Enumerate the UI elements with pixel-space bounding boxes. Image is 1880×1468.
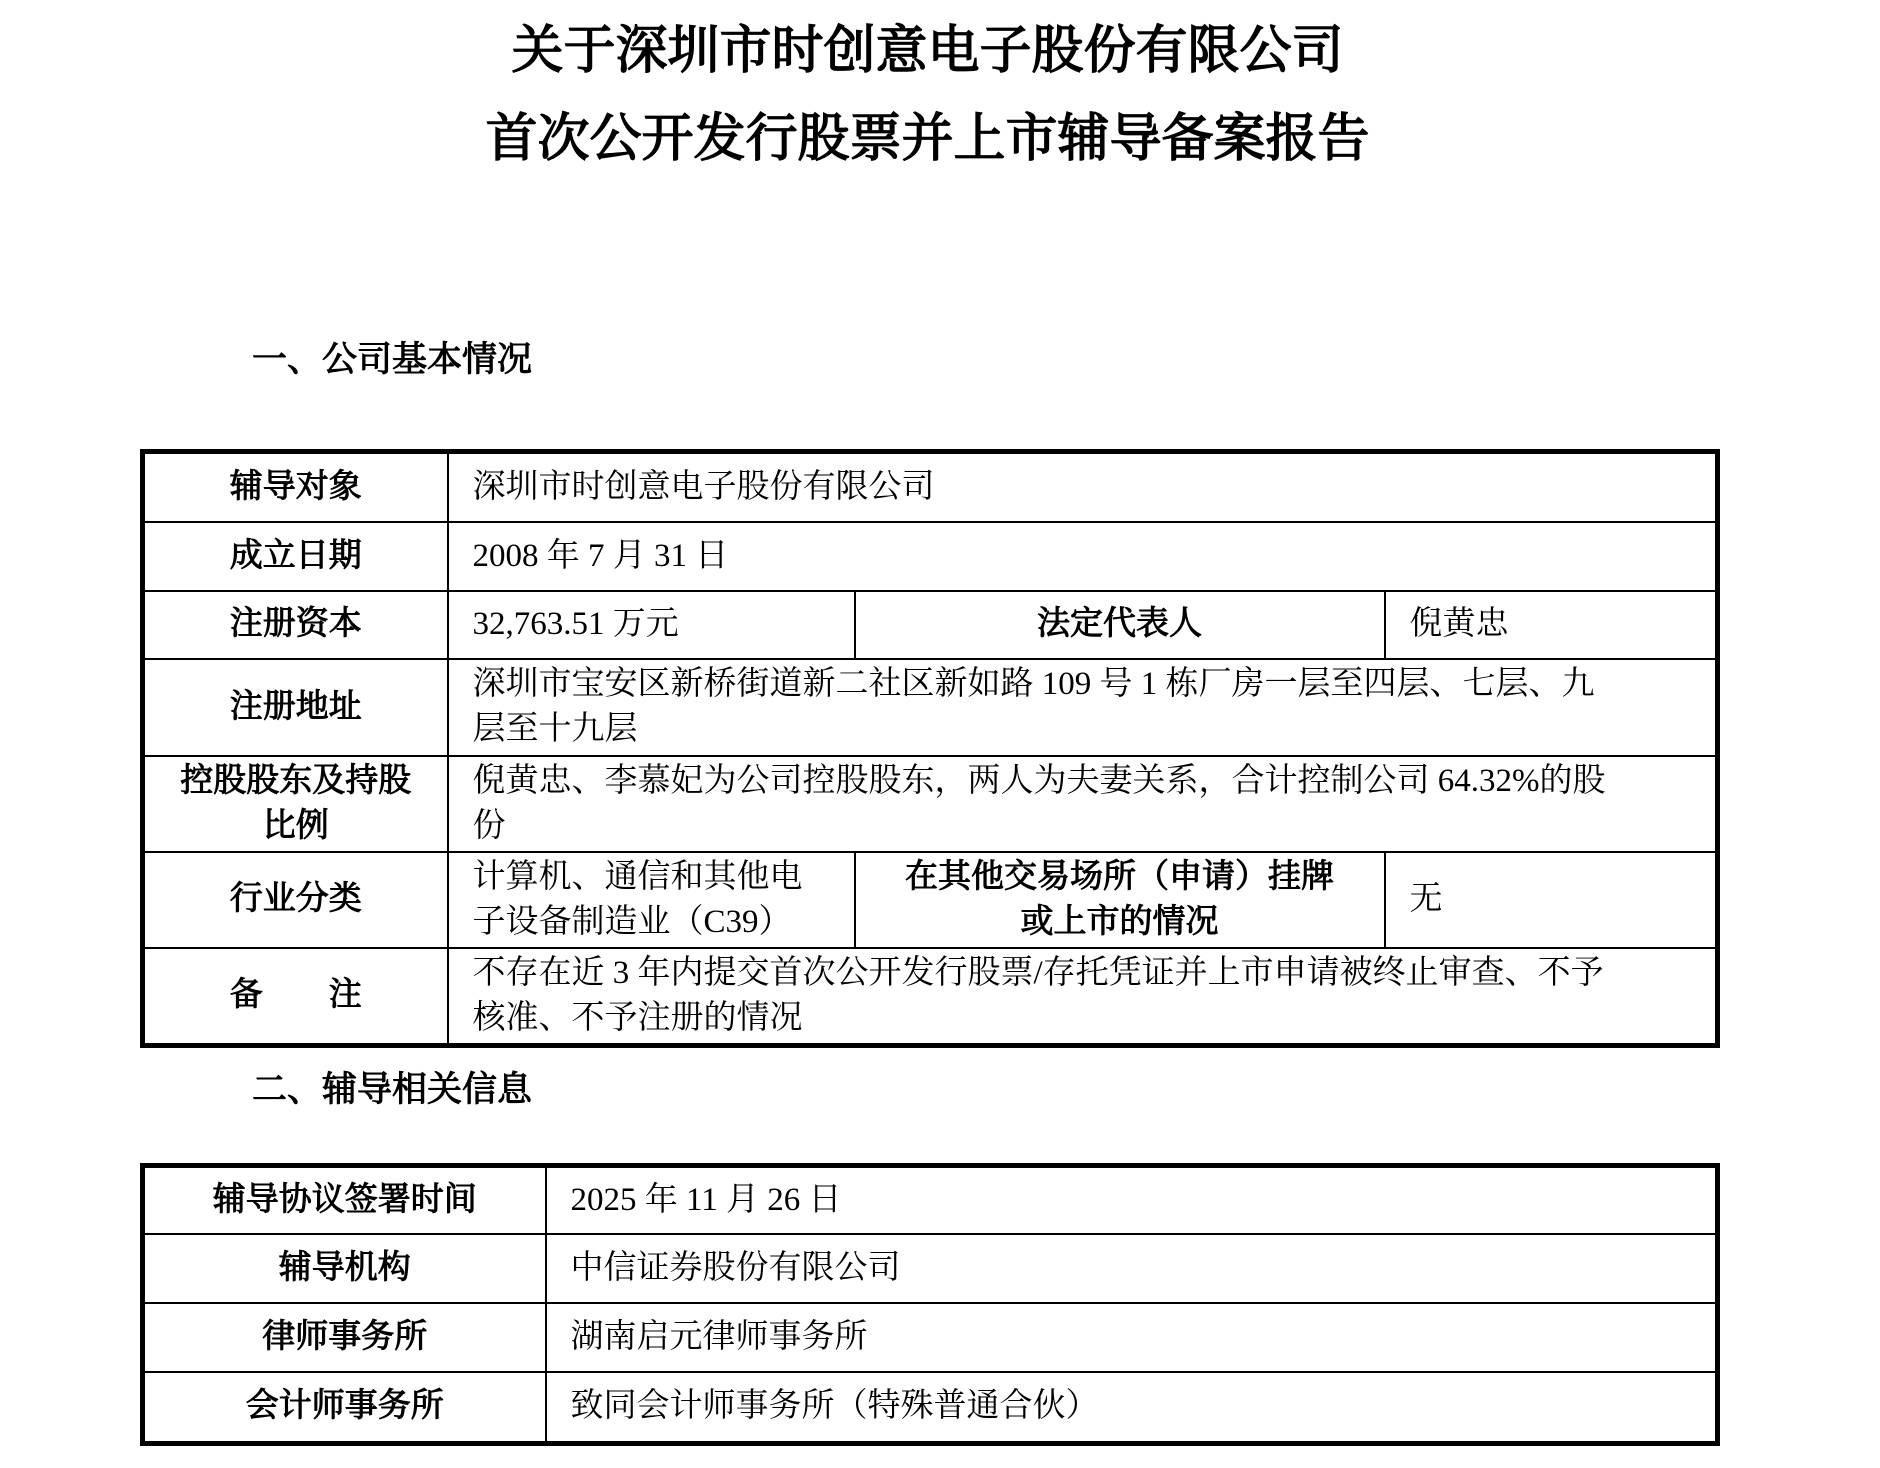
tutoring-institution-value: 中信证券股份有限公司 [546, 1234, 1718, 1303]
law-firm-value: 湖南启元律师事务所 [546, 1303, 1718, 1372]
legal-representative-label: 法定代表人 [855, 591, 1385, 659]
section-heading-tutoring-info: 二、辅导相关信息 [252, 1070, 532, 1110]
table-row: 辅导协议签署时间 2025 年 11 月 26 日 [143, 1166, 1718, 1234]
table-row: 律师事务所 湖南启元律师事务所 [143, 1303, 1718, 1372]
tutoring-target-label: 辅导对象 [143, 452, 448, 522]
establish-date-label: 成立日期 [143, 522, 448, 591]
law-firm-label: 律师事务所 [143, 1303, 546, 1372]
registered-capital-value: 32,763.51 万元 [448, 591, 855, 659]
table-row: 行业分类 计算机、通信和其他电 子设备制造业（C39） 在其他交易场所（申请）挂… [143, 852, 1718, 948]
controlling-shareholder-label: 控股股东及持股 比例 [143, 756, 448, 852]
table-row: 辅导机构 中信证券股份有限公司 [143, 1234, 1718, 1303]
registered-address-label: 注册地址 [143, 659, 448, 756]
table-row: 会计师事务所 致同会计师事务所（特殊普通合伙） [143, 1372, 1718, 1444]
establish-date-value: 2008 年 7 月 31 日 [448, 522, 1718, 591]
table-row: 成立日期 2008 年 7 月 31 日 [143, 522, 1718, 591]
section-heading-company-basic-info: 一、公司基本情况 [252, 340, 532, 380]
company-info-table: 辅导对象 深圳市时创意电子股份有限公司 成立日期 2008 年 7 月 31 日… [140, 449, 1720, 1048]
other-listing-status-label: 在其他交易场所（申请）挂牌 或上市的情况 [855, 852, 1385, 948]
controlling-shareholder-value: 倪黄忠、李慕妃为公司控股股东，两人为夫妻关系，合计控制公司 64.32%的股 份 [448, 756, 1718, 852]
agreement-sign-date-label: 辅导协议签署时间 [143, 1166, 546, 1234]
registered-capital-label: 注册资本 [143, 591, 448, 659]
industry-classification-value: 计算机、通信和其他电 子设备制造业（C39） [448, 852, 855, 948]
registered-address-value: 深圳市宝安区新桥街道新二社区新如路 109 号 1 栋厂房一层至四层、七层、九 … [448, 659, 1718, 756]
document-title-line-2: 首次公开发行股票并上市辅导备案报告 [140, 110, 1715, 170]
other-listing-status-value: 无 [1385, 852, 1718, 948]
table-row: 控股股东及持股 比例 倪黄忠、李慕妃为公司控股股东，两人为夫妻关系，合计控制公司… [143, 756, 1718, 852]
accounting-firm-label: 会计师事务所 [143, 1372, 546, 1444]
table-row: 辅导对象 深圳市时创意电子股份有限公司 [143, 452, 1718, 522]
document-page: 关于深圳市时创意电子股份有限公司 首次公开发行股票并上市辅导备案报告 一、公司基… [0, 0, 1880, 1468]
remarks-label: 备 注 [143, 948, 448, 1046]
table-row: 备 注 不存在近 3 年内提交首次公开发行股票/存托凭证并上市申请被终止审查、不… [143, 948, 1718, 1046]
legal-representative-value: 倪黄忠 [1385, 591, 1718, 659]
remarks-value: 不存在近 3 年内提交首次公开发行股票/存托凭证并上市申请被终止审查、不予 核准… [448, 948, 1718, 1046]
industry-classification-label: 行业分类 [143, 852, 448, 948]
document-title-line-1: 关于深圳市时创意电子股份有限公司 [140, 22, 1715, 82]
tutoring-target-value: 深圳市时创意电子股份有限公司 [448, 452, 1718, 522]
table-row: 注册资本 32,763.51 万元 法定代表人 倪黄忠 [143, 591, 1718, 659]
tutoring-institution-label: 辅导机构 [143, 1234, 546, 1303]
table-row: 注册地址 深圳市宝安区新桥街道新二社区新如路 109 号 1 栋厂房一层至四层、… [143, 659, 1718, 756]
tutoring-info-table: 辅导协议签署时间 2025 年 11 月 26 日 辅导机构 中信证券股份有限公… [140, 1163, 1720, 1446]
agreement-sign-date-value: 2025 年 11 月 26 日 [546, 1166, 1718, 1234]
accounting-firm-value: 致同会计师事务所（特殊普通合伙） [546, 1372, 1718, 1444]
